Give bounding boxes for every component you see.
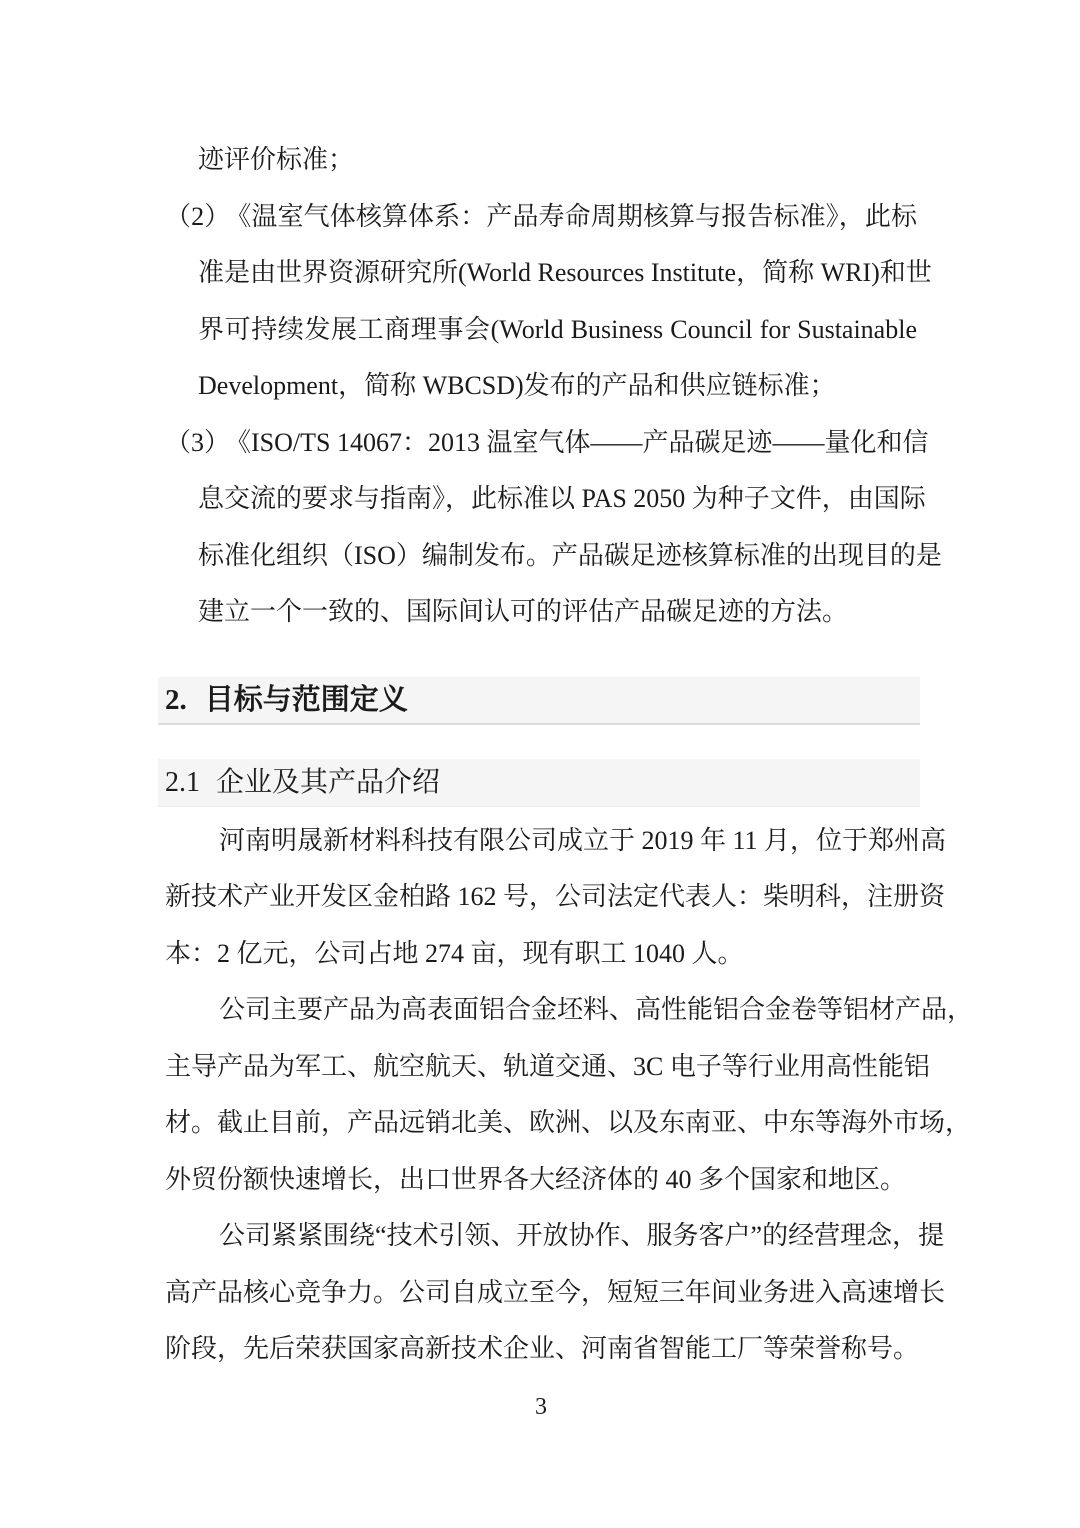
paragraph-2-line-4: 外贸份额快速增长，出口世界各大经济体的 40 多个国家和地区。 — [165, 1152, 917, 1209]
paragraph-2-line-2: 主导产品为军工、航空航天、轨道交通、3C 电子等行业用高性能铝 — [165, 1039, 917, 1096]
list-item-3-label: （3） — [165, 428, 230, 457]
paragraph-2-line-3: 材。截止目前，产品远销北美、欧洲、以及东南亚、中东等海外市场， — [165, 1095, 917, 1152]
paragraph-3-line-2: 高产品核心竞争力。公司自成立至今，短短三年间业务进入高速增长 — [165, 1265, 917, 1322]
list-item-3-line-1: （3）《ISO/TS 14067：2013 温室气体——产品碳足迹——量化和信 — [165, 415, 917, 472]
page-content: 迹评价标准； （2）《温室气体核算体系：产品寿命周期核算与报告标准》，此标 准是… — [165, 132, 917, 1422]
list-item-3-line-2: 息交流的要求与指南》，此标准以 PAS 2050 为种子文件，由国际 — [165, 471, 917, 528]
list-item-3-text: 《ISO/TS 14067：2013 温室气体——产品碳足迹——量化和信 — [238, 428, 928, 457]
subsection-heading: 2.1企业及其产品介绍 — [158, 759, 920, 807]
list-item-2-line-4: Development，简称 WBCSD)发布的产品和供应链标准； — [165, 358, 917, 415]
list-item-3-line-3: 标准化组织（ISO）编制发布。产品碳足迹核算标准的出现目的是 — [165, 528, 917, 585]
list-item-2-label: （2） — [165, 202, 230, 231]
list-item-3-line-4: 建立一个一致的、国际间认可的评估产品碳足迹的方法。 — [165, 584, 917, 641]
subsection-heading-number: 2.1 — [165, 767, 200, 798]
list-item-1-continuation-line: 迹评价标准； — [165, 132, 917, 189]
paragraph-1-line-2: 新技术产业开发区金柏路 162 号，公司法定代表人：柴明科，注册资 — [165, 869, 917, 926]
paragraph-2-line-1: 公司主要产品为高表面铝合金坯料、高性能铝合金卷等铝材产品， — [165, 982, 917, 1039]
paragraph-3-line-3: 阶段，先后荣获国家高新技术企业、河南省智能工厂等荣誉称号。 — [165, 1321, 917, 1378]
list-item-2-line-3: 界可持续发展工商理事会(World Business Council for S… — [165, 302, 917, 359]
subsection-heading-title: 企业及其产品介绍 — [216, 767, 440, 798]
list-item-2-line-2: 准是由世界资源研究所(World Resources Institute，简称 … — [165, 245, 917, 302]
paragraph-3-line-1: 公司紧紧围绕“技术引领、开放协作、服务客户”的经营理念，提 — [165, 1208, 917, 1265]
paragraph-1-line-1: 河南明晟新材料科技有限公司成立于 2019 年 11 月，位于郑州高 — [165, 813, 917, 870]
section-heading-title: 目标与范围定义 — [205, 684, 408, 716]
document-page: 迹评价标准； （2）《温室气体核算体系：产品寿命周期核算与报告标准》，此标 准是… — [0, 0, 1080, 1528]
section-heading: 2.目标与范围定义 — [158, 677, 920, 725]
page-number: 3 — [165, 1392, 917, 1422]
section-heading-number: 2. — [165, 684, 187, 716]
list-item-2-text: 《温室气体核算体系：产品寿命周期核算与报告标准》，此标 — [238, 202, 917, 231]
paragraph-1-line-3: 本：2 亿元，公司占地 274 亩，现有职工 1040 人。 — [165, 926, 917, 983]
list-item-2-line-1: （2）《温室气体核算体系：产品寿命周期核算与报告标准》，此标 — [165, 189, 917, 246]
